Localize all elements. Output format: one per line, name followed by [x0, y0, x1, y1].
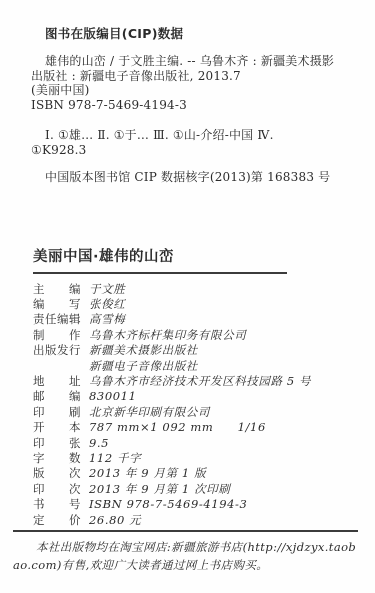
book-title: 美丽中国·雄伟的山峦	[33, 249, 345, 266]
store-notice-text: 本社出版物均在淘宝网店:新疆旅游书店(http://xjdzyx.taobao.…	[13, 539, 358, 574]
row-label: 印 次	[33, 482, 83, 497]
row-value: 830011	[89, 389, 137, 404]
row-label: 主 编	[33, 282, 83, 297]
row-label: 印 张	[33, 436, 83, 451]
colophon-row-chief-editor: 主 编 于文胜	[33, 282, 345, 297]
colophon-row-sheets: 印 张 9.5	[33, 436, 345, 451]
row-value: 乌鲁木齐市经济技术开发区科技园路 5 号	[89, 374, 311, 389]
cip-classification: Ⅰ. ①雄… Ⅱ. ①于… Ⅲ. ①山-介绍-中国 Ⅳ. ①K928.3	[31, 128, 349, 157]
cip-series: (美丽中国)	[31, 83, 349, 98]
row-label: 出版发行	[33, 343, 83, 358]
row-label: 定 价	[33, 513, 83, 528]
store-notice-section: 本社出版物均在淘宝网店:新疆旅游书店(http://xjdzyx.taobao.…	[13, 530, 358, 574]
row-value: 2013 年 9 月第 1 版	[89, 466, 206, 481]
row-label: 邮 编	[33, 389, 83, 404]
colophon-row-format: 开 本 787 mm×1 092 mm 1/16	[33, 420, 345, 435]
row-value: 26.80 元	[89, 513, 141, 528]
row-label: 制 作	[33, 328, 83, 343]
row-value: 9.5	[89, 436, 109, 451]
cip-section: 图书在版编目(CIP)数据 雄伟的山峦 / 于文胜主编. -- 乌鲁木齐 : 新…	[0, 0, 375, 185]
colophon-row-responsible-editor: 责任编辑 高雪梅	[33, 312, 345, 327]
colophon-row-postcode: 邮 编 830011	[33, 389, 345, 404]
colophon-row-publisher: 出版发行 新疆美术摄影出版社	[33, 343, 345, 358]
cip-isbn: ISBN 978-7-5469-4194-3	[31, 98, 349, 113]
row-label: 责任编辑	[33, 312, 83, 327]
colophon-row-price: 定 价 26.80 元	[33, 513, 345, 528]
colophon-row-address: 地 址 乌鲁木齐市经济技术开发区科技园路 5 号	[33, 374, 345, 389]
cip-entry-line-1: 雄伟的山峦 / 于文胜主编. -- 乌鲁木齐 : 新疆美术摄影	[31, 54, 349, 69]
cip-heading: 图书在版编目(CIP)数据	[31, 26, 349, 41]
colophon-row-isbn: 书 号 ISBN 978-7-5469-4194-3	[33, 497, 345, 512]
copyright-page: 图书在版编目(CIP)数据 雄伟的山峦 / 于文胜主编. -- 乌鲁木齐 : 新…	[0, 0, 375, 593]
row-label: 开 本	[33, 420, 83, 435]
colophon-row-edition: 版 次 2013 年 9 月第 1 版	[33, 466, 345, 481]
row-label: 字 数	[33, 451, 83, 466]
colophon-section: 美丽中国·雄伟的山峦 主 编 于文胜 编 写 张俊红 责任编辑 高雪梅 制 作 …	[0, 249, 375, 529]
row-label: 编 写	[33, 297, 83, 312]
cip-record-number: 中国版本图书馆 CIP 数据核字(2013)第 168383 号	[31, 170, 349, 185]
row-value: 乌鲁木齐标杆集印务有限公司	[89, 328, 246, 343]
cip-classification-line-2: ①K928.3	[31, 143, 349, 158]
row-value: 新疆美术摄影出版社	[89, 343, 198, 358]
row-label: 地 址	[33, 374, 83, 389]
row-value: 高雪梅	[89, 312, 125, 327]
row-value: ISBN 978-7-5469-4194-3	[89, 497, 247, 512]
row-value: 北京新华印刷有限公司	[89, 405, 210, 420]
cip-entry-line-2: 出版社 : 新疆电子音像出版社, 2013.7	[31, 69, 349, 84]
row-label: 书 号	[33, 497, 83, 512]
row-value: 2013 年 9 月第 1 次印刷	[89, 482, 230, 497]
colophon-row-printing: 印 次 2013 年 9 月第 1 次印刷	[33, 482, 345, 497]
row-label: 版 次	[33, 466, 83, 481]
row-value: 张俊红	[89, 297, 125, 312]
title-rule	[33, 272, 287, 274]
row-value: 于文胜	[89, 282, 125, 297]
cip-classification-line-1: Ⅰ. ①雄… Ⅱ. ①于… Ⅲ. ①山-介绍-中国 Ⅳ.	[31, 128, 349, 143]
colophon-row-word-count: 字 数 112 千字	[33, 451, 345, 466]
row-label: 印 刷	[33, 405, 83, 420]
row-value: 787 mm×1 092 mm 1/16	[89, 420, 266, 435]
row-value: 新疆电子音像出版社	[89, 359, 198, 374]
colophon-row-printer: 印 刷 北京新华印刷有限公司	[33, 405, 345, 420]
colophon-row-production: 制 作 乌鲁木齐标杆集印务有限公司	[33, 328, 345, 343]
colophon-row-publisher-2: 新疆电子音像出版社	[33, 359, 345, 374]
row-value: 112 千字	[89, 451, 141, 466]
colophon-row-writer: 编 写 张俊红	[33, 297, 345, 312]
